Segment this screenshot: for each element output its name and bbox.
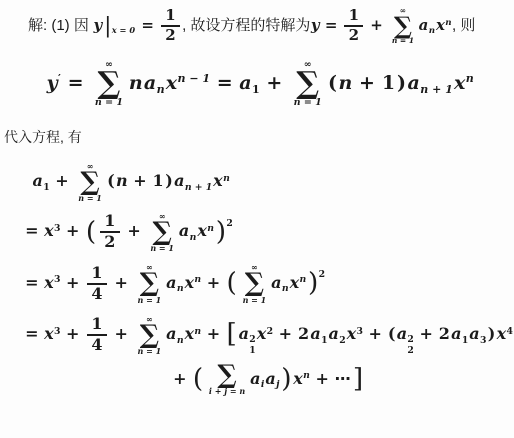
math-variable: x3	[44, 273, 60, 292]
line-step1: =x3+(12+∞∑n = 1anxn)2	[20, 212, 514, 252]
math-delimiter: )	[281, 369, 291, 388]
math-variable: a21	[239, 324, 256, 343]
math-literal: 2	[298, 324, 309, 343]
fraction: 14	[87, 316, 107, 354]
math-literal: (	[328, 72, 337, 94]
math-operator: =	[25, 273, 38, 292]
math-variable: n	[116, 171, 128, 190]
math-operator: +	[173, 369, 186, 388]
math-operator: =	[141, 16, 154, 34]
math-variable: an + 1	[408, 72, 453, 94]
math-operator: =	[25, 221, 38, 240]
math-operator: =	[68, 72, 84, 94]
math-variable: an	[166, 324, 183, 343]
math-variable: an	[419, 16, 435, 34]
math-literal: )	[488, 324, 496, 343]
math-variable: xn	[454, 72, 474, 94]
math-variable: x2	[257, 324, 273, 343]
math-literal: 2	[439, 324, 450, 343]
math-delimiter: [	[227, 324, 237, 343]
math-operator: +	[207, 273, 220, 292]
math-variable: an	[179, 221, 196, 240]
math-delimiter: (	[193, 369, 203, 388]
math-variable: n	[129, 72, 143, 94]
math-literal: ⋯	[335, 369, 351, 388]
math-variable: a2	[328, 324, 345, 343]
summation: ∞∑n = 1	[95, 60, 123, 108]
math-delimiter: )2	[308, 273, 325, 292]
math-variable: a22	[397, 324, 414, 343]
math-variable: x3	[44, 324, 60, 343]
summation: ∞∑n = 1	[78, 162, 102, 202]
math-literal: (	[388, 324, 396, 343]
math-operator: +	[127, 221, 140, 240]
fraction: 12	[161, 8, 180, 43]
math-literal: 1	[153, 171, 164, 190]
math-operator: +	[133, 171, 146, 190]
math-delimiter: (	[86, 221, 96, 240]
line-lhs: a1+∞∑n = 1(n+1)an + 1xn	[32, 162, 514, 202]
math-operator: +	[115, 324, 128, 343]
math-variable: xn	[213, 171, 230, 190]
math-operator: +	[370, 16, 383, 34]
text-run: , 则	[452, 17, 475, 34]
math-solution-page: 解: (1) 因 y|x = 0=12, 故设方程的特解为y=12+∞∑n = …	[0, 7, 514, 438]
math-operator: +	[115, 273, 128, 292]
math-operator: +	[207, 324, 220, 343]
text-run: , 故设方程的特解为	[182, 17, 310, 34]
math-delimiter: (	[227, 273, 237, 292]
math-operator: =	[25, 324, 38, 343]
fraction: 12	[344, 8, 363, 43]
math-variable: aj	[265, 369, 279, 388]
math-operator: +	[266, 72, 282, 94]
math-variable: x3	[347, 324, 363, 343]
math-operator: +	[369, 324, 382, 343]
summation: ∞∑n = 1	[138, 263, 162, 303]
fraction: 14	[87, 265, 107, 303]
line-step3-cont: +(∑i + j = naiaj)xn+⋯]	[168, 363, 514, 395]
line-y-prime: y′=∞∑n = 1nanxn − 1=a1+∞∑n = 1(n+1)an + …	[46, 60, 514, 108]
summation: ∞∑n = 1	[294, 60, 322, 108]
math-operator: +	[55, 171, 68, 190]
summation: ∞∑n = 1	[243, 263, 267, 303]
math-literal: 1	[382, 72, 395, 94]
math-variable: xn	[197, 221, 214, 240]
text-run: 代入方程, 有	[4, 129, 82, 145]
math-variable: an	[166, 273, 183, 292]
math-variable: a1	[451, 324, 468, 343]
math-variable: a3	[469, 324, 486, 343]
math-operator: +	[419, 324, 432, 343]
math-variable: xn	[185, 324, 202, 343]
math-literal: )	[397, 72, 406, 94]
math-operator: +	[315, 369, 328, 388]
math-variable: an	[144, 72, 165, 94]
math-delimiter: )2	[216, 221, 233, 240]
math-variable: y	[93, 16, 102, 34]
line-substitute: 代入方程, 有	[4, 129, 514, 145]
math-operator: +	[66, 324, 79, 343]
math-variable: xn	[293, 369, 310, 388]
math-operator: =	[217, 72, 233, 94]
math-operator: +	[279, 324, 292, 343]
math-variable: xn − 1	[166, 72, 210, 94]
math-operator: +	[359, 72, 375, 94]
math-operator: +	[66, 221, 79, 240]
math-variable: xn	[185, 273, 202, 292]
math-operator: +	[66, 273, 79, 292]
math-variable: xn	[290, 273, 307, 292]
fraction: 12	[100, 213, 120, 251]
math-variable: a1	[32, 171, 49, 190]
math-operator: =	[325, 16, 338, 34]
summation: ∑i + j = n	[209, 363, 245, 395]
math-variable: a1	[310, 324, 327, 343]
math-literal: (	[107, 171, 115, 190]
math-variable: x3	[44, 221, 60, 240]
math-variable: xn	[436, 16, 452, 34]
math-variable: a1	[239, 72, 259, 94]
summation: ∞∑n = 1	[138, 315, 162, 355]
math-variable: an + 1	[174, 171, 212, 190]
math-literal: )	[165, 171, 173, 190]
text-run: 解: (1) 因	[28, 17, 93, 34]
math-variable: x4	[497, 324, 513, 343]
math-delimiter: ]	[353, 369, 363, 388]
math-variable: y′	[47, 72, 61, 94]
line-intro: 解: (1) 因 y|x = 0=12, 故设方程的特解为y=12+∞∑n = …	[28, 7, 514, 45]
math-variable: n	[338, 72, 352, 94]
math-variable: an	[271, 273, 288, 292]
math-variable: y	[311, 16, 320, 34]
line-step3: =x3+14+∞∑n = 1anxn+[a21x2+2a1a2x3+(a22+2…	[20, 315, 514, 356]
evaluation-bar: |x = 0	[104, 16, 135, 34]
math-variable: ai	[250, 369, 264, 388]
summation: ∞∑n = 1	[150, 212, 174, 252]
line-step2: =x3+14+∞∑n = 1anxn+(∞∑n = 1anxn)2	[20, 263, 514, 303]
summation: ∞∑n = 1	[392, 7, 414, 45]
